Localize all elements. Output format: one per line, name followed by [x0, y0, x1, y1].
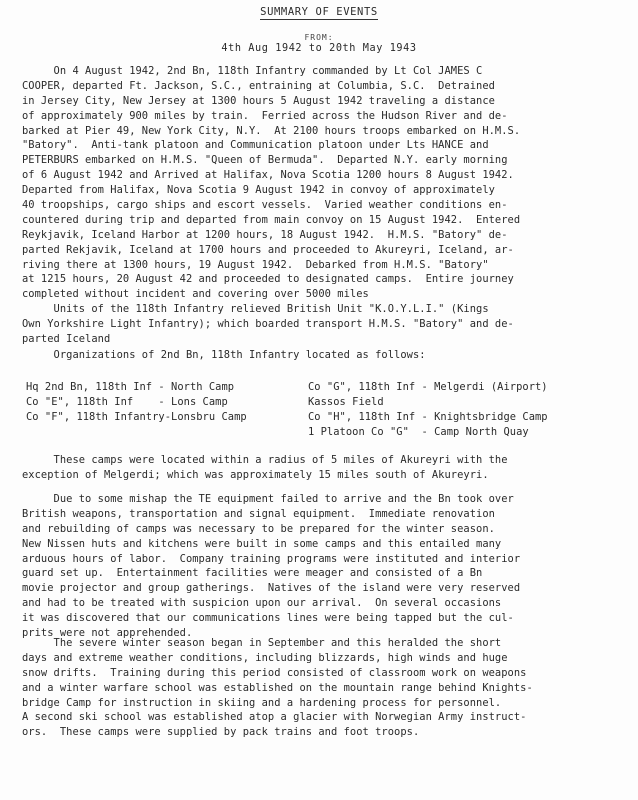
- text-line: and had to be treated with suspicion upo…: [22, 596, 622, 611]
- text-line: ors. These camps were supplied by pack t…: [22, 725, 622, 740]
- text-line: countered during trip and departed from …: [22, 213, 622, 228]
- text-line: "Batory". Anti-tank platoon and Communic…: [22, 138, 622, 153]
- text-line: days and extreme weather conditions, inc…: [22, 651, 622, 666]
- document-title: SUMMARY OF EVENTS: [0, 6, 638, 18]
- text-line: Co "H", 118th Inf - Knightsbridge Camp: [308, 410, 548, 425]
- text-line: Own Yorkshire Light Infantry); which boa…: [22, 317, 622, 332]
- text-line: 40 troopships, cargo ships and escort ve…: [22, 198, 622, 213]
- text-line: in Jersey City, New Jersey at 1300 hours…: [22, 94, 622, 109]
- paragraph-journey: On 4 August 1942, 2nd Bn, 118th Infantry…: [22, 64, 622, 347]
- text-line: Units of the 118th Infantry relieved Bri…: [22, 302, 622, 317]
- from-label: FROM:: [0, 33, 638, 42]
- text-line: The severe winter season began in Septem…: [22, 636, 622, 651]
- text-line: Departed from Halifax, Nova Scotia 9 Aug…: [22, 183, 622, 198]
- text-line: Co "G", 118th Inf - Melgerdi (Airport): [308, 380, 548, 395]
- text-line: Reykjavik, Iceland Harbor at 1200 hours,…: [22, 228, 622, 243]
- text-line: snow drifts. Training during this period…: [22, 666, 622, 681]
- text-line: arduous hours of labor. Company training…: [22, 552, 622, 567]
- organizations-left-column: Hq 2nd Bn, 118th Inf - North CampCo "E",…: [26, 380, 247, 425]
- text-line: Due to some mishap the TE equipment fail…: [22, 492, 622, 507]
- text-line: exception of Melgerdi; which was approxi…: [22, 468, 622, 483]
- text-line: Kassos Field: [308, 395, 548, 410]
- text-line: and rebuilding of camps was necessary to…: [22, 522, 622, 537]
- text-line: parted Iceland: [22, 332, 622, 347]
- paragraph-camp-locations: These camps were located within a radius…: [22, 453, 622, 483]
- text-line: of 6 August 1942 and Arrived at Halifax,…: [22, 168, 622, 183]
- organizations-heading: Organizations of 2nd Bn, 118th Infantry …: [22, 349, 426, 361]
- text-line: at 1215 hours, 20 August 42 and proceede…: [22, 272, 622, 287]
- text-line: Hq 2nd Bn, 118th Inf - North Camp: [26, 380, 247, 395]
- organizations-right-column: Co "G", 118th Inf - Melgerdi (Airport)Ka…: [308, 380, 548, 440]
- text-line: 1 Platoon Co "G" - Camp North Quay: [308, 425, 548, 440]
- date-range: 4th Aug 1942 to 20th May 1943: [0, 43, 638, 54]
- text-line: These camps were located within a radius…: [22, 453, 622, 468]
- text-line: completed without incident and covering …: [22, 287, 622, 302]
- text-line: A second ski school was established atop…: [22, 710, 622, 725]
- paragraph-equipment-renovation: Due to some mishap the TE equipment fail…: [22, 492, 622, 641]
- text-line: barked at Pier 49, New York City, N.Y. A…: [22, 124, 622, 139]
- text-line: movie projector and group gatherings. Na…: [22, 581, 622, 596]
- text-line: COOPER, departed Ft. Jackson, S.C., entr…: [22, 79, 622, 94]
- text-line: bridge Camp for instruction in skiing an…: [22, 696, 622, 711]
- text-line: parted Rekjavik, Iceland at 1700 hours a…: [22, 243, 622, 258]
- text-line: and a winter warfare school was establis…: [22, 681, 622, 696]
- text-line: Co "F", 118th Infantry-Lonsbru Camp: [26, 410, 247, 425]
- paragraph-winter-training: The severe winter season began in Septem…: [22, 636, 622, 740]
- title-text: SUMMARY OF EVENTS: [260, 6, 378, 20]
- text-line: guard set up. Entertainment facilities w…: [22, 566, 622, 581]
- text-line: riving there at 1300 hours, 19 August 19…: [22, 258, 622, 273]
- document-page: SUMMARY OF EVENTS FROM: 4th Aug 1942 to …: [0, 0, 638, 800]
- text-line: PETERBURS embarked on H.M.S. "Queen of B…: [22, 153, 622, 168]
- text-line: On 4 August 1942, 2nd Bn, 118th Infantry…: [22, 64, 622, 79]
- text-line: New Nissen huts and kitchens were built …: [22, 537, 622, 552]
- text-line: of approximately 900 miles by train. Fer…: [22, 109, 622, 124]
- text-line: it was discovered that our communication…: [22, 611, 622, 626]
- text-line: British weapons, transportation and sign…: [22, 507, 622, 522]
- text-line: Co "E", 118th Inf - Lons Camp: [26, 395, 247, 410]
